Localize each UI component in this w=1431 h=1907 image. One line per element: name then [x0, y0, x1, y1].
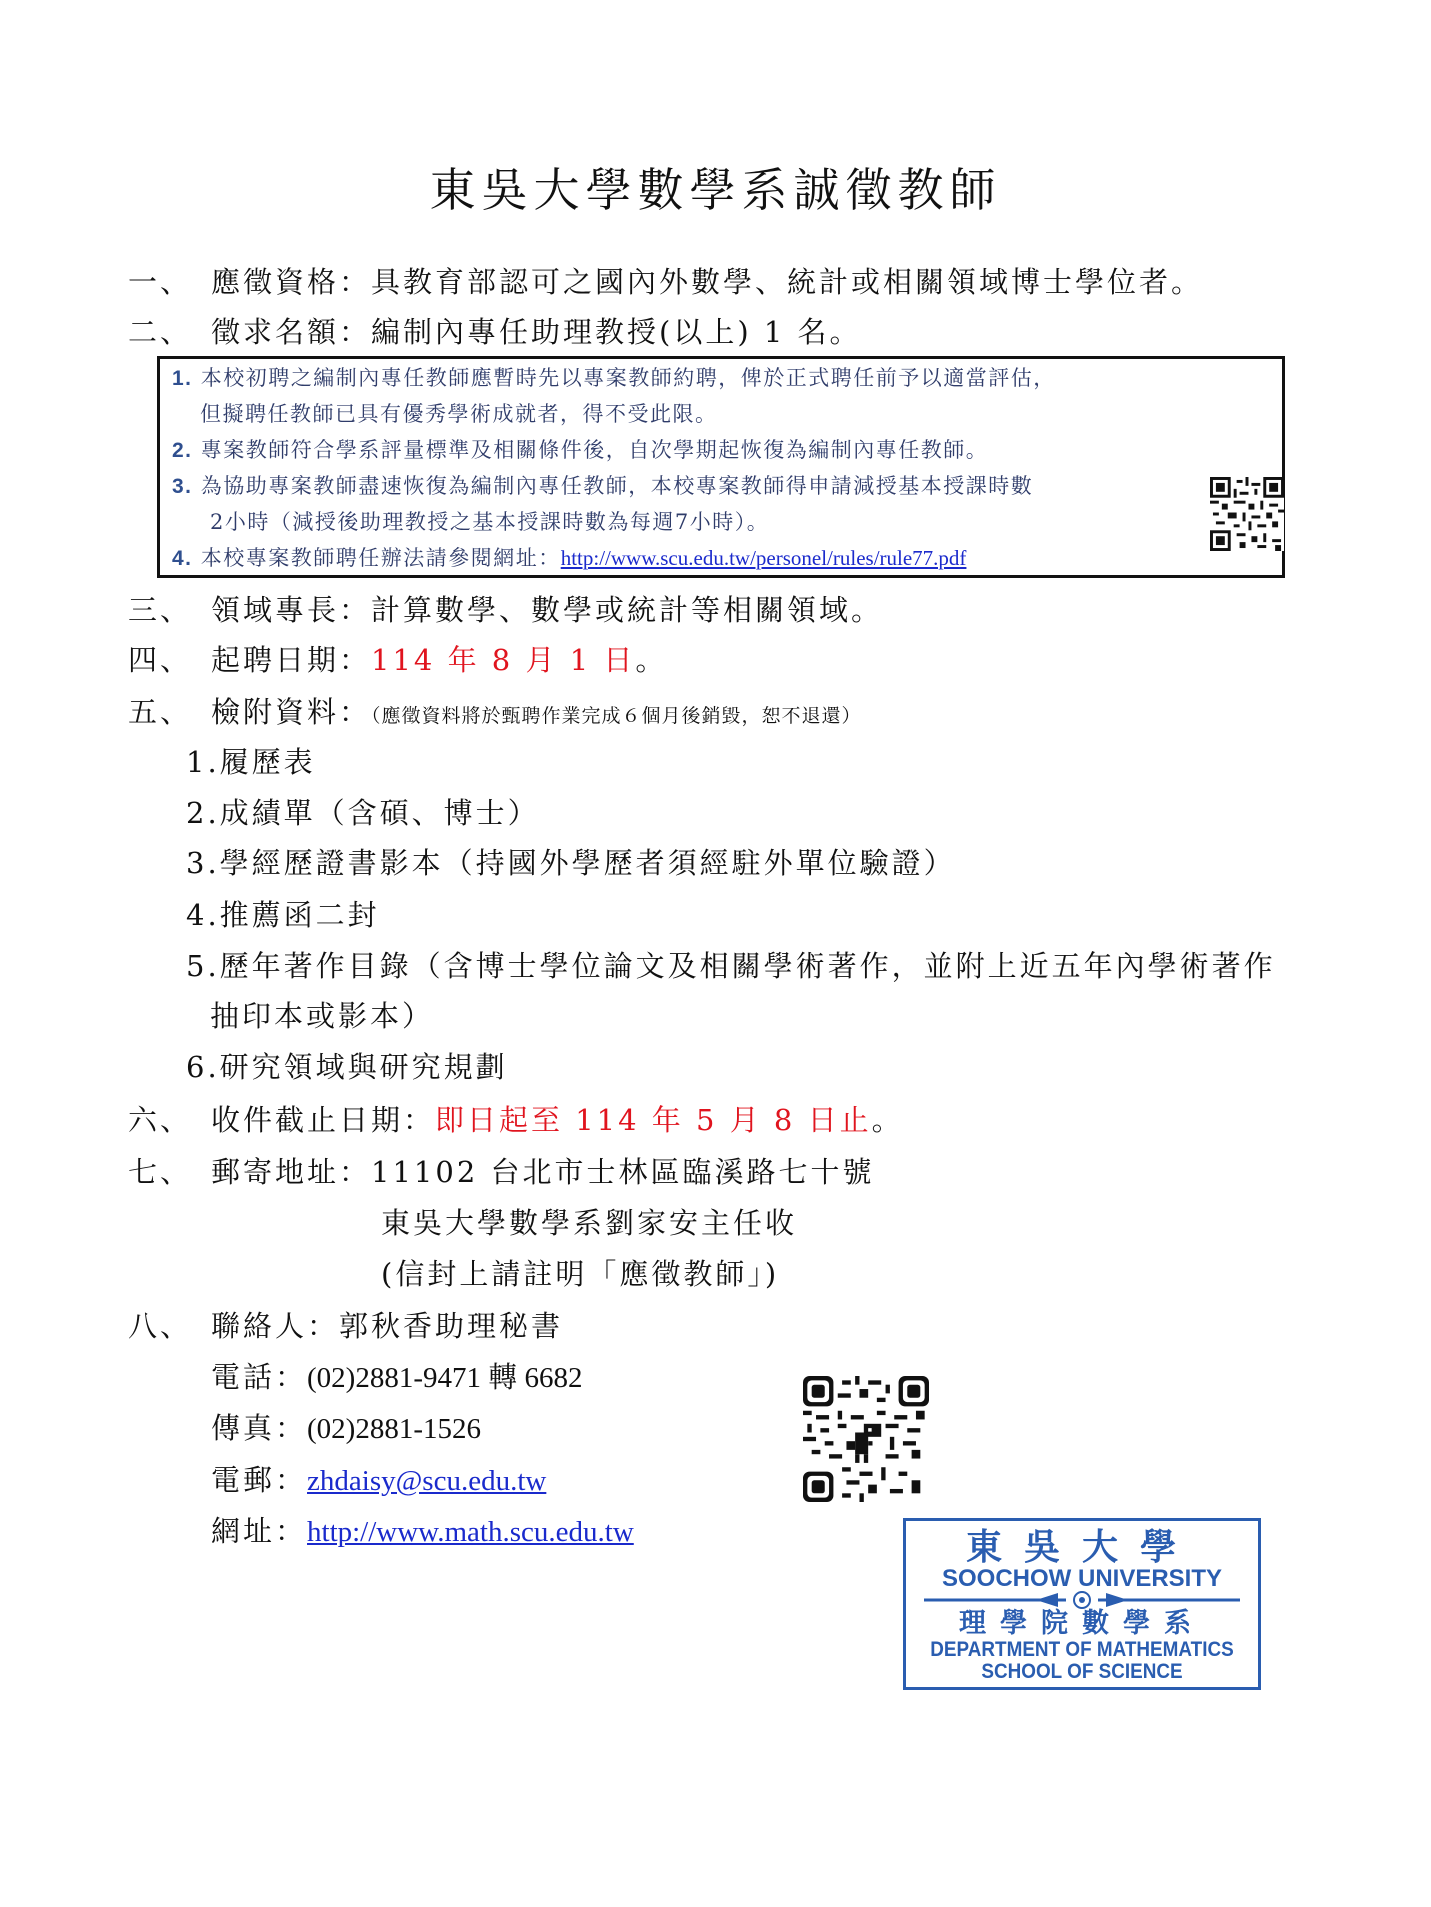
stamp-university-zh: 東吳大學 — [906, 1527, 1258, 1567]
section-number: 四、 — [128, 640, 211, 680]
contact-email: 電郵：zhdaisy@scu.edu.tw — [211, 1460, 546, 1501]
notice-item-1-cont: 但擬聘任教師已具有優秀學術成就者，得不受此限。 — [200, 399, 718, 429]
phone-value: (02)2881-9471 轉 6682 — [307, 1362, 582, 1394]
document-item-cont: 抽印本或影本） — [210, 996, 434, 1036]
notice-item-2: 2. 專案教師符合學系評量標準及相關條件後，自次學期起恢復為編制內專任教師。 — [172, 435, 988, 466]
section-contact: 八、聯絡人：郭秋香助理秘書 — [128, 1306, 563, 1346]
deadline-date: 即日起至 114 年 5 月 8 日止 — [435, 1103, 872, 1137]
fax-label: 傳真： — [211, 1411, 307, 1445]
stamp-university-en: SOOCHOW UNIVERSITY — [906, 1567, 1258, 1591]
section-number: 三、 — [128, 590, 211, 630]
contact-phone: 電話：(02)2881-9471 轉 6682 — [211, 1357, 583, 1398]
section-mailing-address: 七、郵寄地址：11102 台北市士林區臨溪路七十號 — [128, 1152, 875, 1192]
section-label: 郵寄地址： — [211, 1155, 371, 1189]
email-label: 電郵： — [211, 1463, 307, 1497]
item-text: 為協助專案教師盡速恢復為編制內專任教師，本校專案教師得申請減授基本授課時數 — [201, 474, 1034, 498]
document-item: 1.履歷表 — [186, 742, 316, 782]
stamp-school-en: SCHOOL OF SCIENCE — [924, 1661, 1241, 1683]
section-label: 應徵資格： — [211, 265, 371, 299]
item-text: 本校初聘之編制內專任教師應暫時先以專案教師約聘，俾於正式聘任前予以適當評估， — [201, 366, 1056, 390]
section-number: 五、 — [128, 692, 211, 732]
stamp-department-en: DEPARTMENT OF MATHEMATICS — [924, 1639, 1241, 1661]
qr-code-rules — [1210, 477, 1284, 551]
page-title: 東吳大學數學系誠徵教師 — [0, 160, 1431, 220]
document-item: 6.研究領域與研究規劃 — [186, 1047, 508, 1087]
phone-label: 電話： — [211, 1360, 307, 1394]
item-number: 3. — [172, 475, 193, 498]
section-label: 起聘日期： — [211, 643, 371, 677]
section-suffix: 。 — [872, 1103, 904, 1137]
section-number: 一、 — [128, 262, 211, 302]
section-label: 收件截止日期： — [211, 1103, 435, 1137]
item-number: 2. — [172, 439, 193, 462]
section-number: 二、 — [128, 312, 211, 352]
notice-item-4: 4. 本校專案教師聘任辦法請參閱網址：http://www.scu.edu.tw… — [172, 543, 966, 574]
contact-website: 網址：http://www.math.scu.edu.tw — [211, 1511, 634, 1552]
section-suffix: 。 — [635, 643, 667, 677]
address: 11102 台北市士林區臨溪路七十號 — [371, 1155, 874, 1189]
address-envelope-note: (信封上請註明「應徵教師」) — [381, 1254, 779, 1294]
section-text: 具教育部認可之國內外數學、統計或相關領域博士學位者。 — [371, 265, 1203, 299]
qr-code-contact — [803, 1376, 929, 1502]
start-date: 114 年 8 月 1 日 — [371, 643, 635, 677]
address-recipient: 東吳大學數學系劉家安主任收 — [381, 1203, 797, 1243]
contact-person: 郭秋香助理秘書 — [339, 1309, 563, 1343]
notice-item-3-cont: 2小時（減授後助理教授之基本授課時數為每週7小時）。 — [210, 507, 769, 537]
document-item: 5.歷年著作目錄（含博士學位論文及相關學術著作，並附上近五年內學術著作 — [186, 946, 1276, 986]
item-text: 本校專案教師聘任辦法請參閱網址： — [201, 546, 561, 570]
section-qualification: 一、應徵資格：具教育部認可之國內外數學、統計或相關領域博士學位者。 — [128, 262, 1203, 302]
section-label: 徵求名額： — [211, 315, 371, 349]
section-openings: 二、徵求名額：編制內專任助理教授(以上) 1 名。 — [128, 312, 862, 352]
notice-box: 1. 本校初聘之編制內專任教師應暫時先以專案教師約聘，俾於正式聘任前予以適當評估… — [157, 356, 1285, 578]
item-text: 專案教師符合學系評量標準及相關條件後，自次學期起恢復為編制內專任教師。 — [201, 438, 989, 462]
qr-code-icon — [803, 1376, 929, 1502]
stamp-department-zh: 理學院數學系 — [906, 1609, 1258, 1639]
section-expertise: 三、領域專長：計算數學、數學或統計等相關領域。 — [128, 590, 883, 630]
notice-item-1: 1. 本校初聘之編制內專任教師應暫時先以專案教師約聘，俾於正式聘任前予以適當評估… — [172, 363, 1056, 394]
rules-link[interactable]: http://www.scu.edu.tw/personel/rules/rul… — [561, 546, 967, 570]
notice-item-3: 3. 為協助專案教師盡速恢復為編制內專任教師，本校專案教師得申請減授基本授課時數 — [172, 471, 1033, 502]
section-text: 計算數學、數學或統計等相關領域。 — [371, 593, 883, 627]
stamp-ornament — [906, 1591, 1258, 1609]
section-number: 七、 — [128, 1152, 211, 1192]
section-documents: 五、檢附資料：（應徵資料將於甄聘作業完成６個月後銷毀，恕不退還） — [128, 692, 862, 736]
section-label: 領域專長： — [211, 593, 371, 627]
document-item: 3.學經歷證書影本（持國外學歷者須經駐外單位驗證） — [186, 843, 956, 883]
contact-fax: 傳真：(02)2881-1526 — [211, 1408, 481, 1449]
item-number: 1. — [172, 367, 193, 390]
plum-blossom-ornament-icon — [906, 1591, 1258, 1609]
email-link[interactable]: zhdaisy@scu.edu.tw — [307, 1465, 546, 1497]
qr-code-icon — [1210, 477, 1284, 551]
department-stamp: 東吳大學 SOOCHOW UNIVERSITY 理學院數學系 DEPARTMEN… — [903, 1518, 1261, 1690]
website-link[interactable]: http://www.math.scu.edu.tw — [307, 1516, 634, 1548]
section-label: 檢附資料： — [211, 695, 371, 729]
section-number: 六、 — [128, 1100, 211, 1140]
section-deadline: 六、收件截止日期：即日起至 114 年 5 月 8 日止。 — [128, 1100, 904, 1140]
document-item: 2.成績單（含碩、博士） — [186, 793, 540, 833]
document-item: 4.推薦函二封 — [186, 895, 380, 935]
section-label: 聯絡人： — [211, 1309, 339, 1343]
section-note: （應徵資料將於甄聘作業完成６個月後銷毀，恕不退還） — [371, 705, 862, 727]
fax-value: (02)2881-1526 — [307, 1413, 481, 1445]
section-text: 編制內專任助理教授(以上) 1 名。 — [371, 315, 862, 349]
section-start-date: 四、起聘日期：114 年 8 月 1 日。 — [128, 640, 667, 680]
section-number: 八、 — [128, 1306, 211, 1346]
website-label: 網址： — [211, 1514, 307, 1548]
item-number: 4. — [172, 547, 193, 570]
